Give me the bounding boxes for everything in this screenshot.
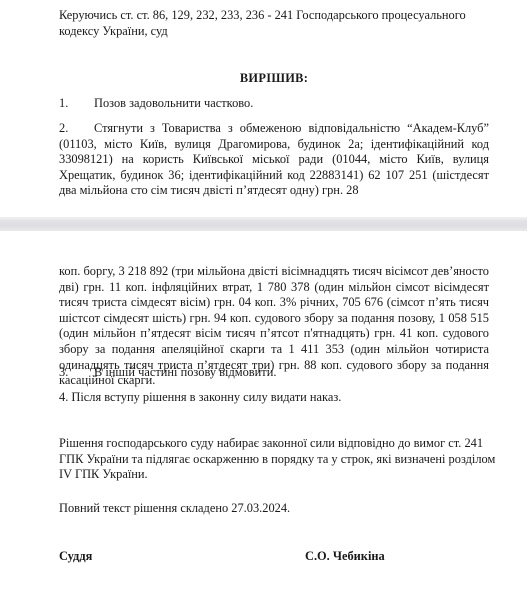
item-number: 4. — [59, 390, 68, 404]
signature-name: С.О. Чебикіна — [305, 549, 385, 564]
decision-item-4: 4. Після вступу рішення в законну силу в… — [59, 390, 489, 406]
item-number: 2. — [59, 121, 94, 137]
decision-item-2-part1: 2.Стягнути з Товариства з обмеженою відп… — [59, 121, 489, 199]
signature-title: Суддя — [59, 549, 92, 564]
item-text: Позов задовольнити частково. — [94, 96, 253, 110]
full-text-date: Повний текст рішення складено 27.03.2024… — [59, 501, 489, 517]
item-text: Після вступу рішення в законну силу вида… — [71, 390, 341, 404]
item-text: В іншій частині позову відмовити. — [94, 365, 276, 379]
page-break-separator — [0, 217, 527, 231]
decision-item-1: 1.Позов задовольнити частково. — [59, 96, 489, 112]
decision-item-3: 3.В іншій частині позову відмовити. — [59, 365, 489, 381]
preamble-paragraph: Керуючись ст. ст. 86, 129, 232, 233, 236… — [59, 8, 489, 39]
decision-heading: ВИРІШИВ: — [0, 71, 529, 86]
item-text: Стягнути з Товариства з обмеженою відпов… — [59, 121, 489, 197]
item-number: 1. — [59, 96, 94, 112]
document-page-bottom: коп. боргу, 3 218 892 (три мільйона двіс… — [0, 231, 529, 600]
item-number: 3. — [59, 365, 94, 381]
legal-notice-paragraph: Рішення господарського суду набирає зако… — [59, 436, 499, 483]
document-page-top: Керуючись ст. ст. 86, 129, 232, 233, 236… — [0, 0, 529, 217]
